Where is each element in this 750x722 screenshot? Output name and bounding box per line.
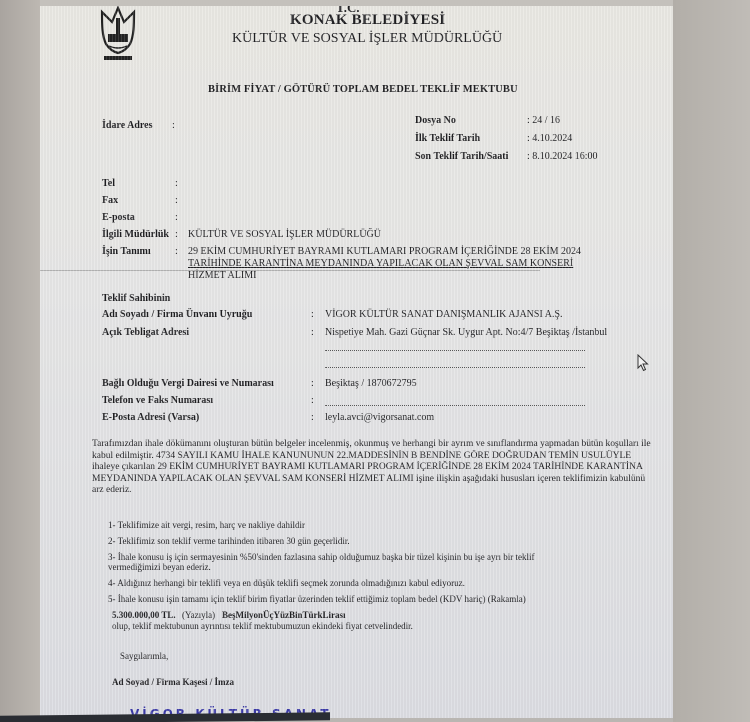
tax-office-value: Beşiktaş / 1870672795	[325, 378, 417, 389]
colon: :	[311, 378, 314, 389]
job-description-label: İşin Tanımı	[102, 246, 151, 257]
background-surface-right	[673, 0, 750, 722]
address-value: Nispetiye Mah. Gazi Güçnar Sk. Uygur Apt…	[325, 327, 607, 338]
colon: :	[311, 412, 314, 423]
first-offer-date-label: İlk Teklif Tarih	[415, 133, 480, 144]
declaration-paragraph: Tarafımızdan ihale dökümanını oluşturan …	[92, 439, 654, 497]
term-1: 1- Teklifimize ait vergi, resim, harç ve…	[108, 520, 305, 530]
total-amount: 5.300.000,00 TL.	[112, 610, 176, 620]
tax-office-label: Bağlı Olduğu Vergi Dairesi ve Numarası	[102, 378, 274, 389]
colon: :	[175, 229, 178, 240]
first-offer-date-value: : 4.10.2024	[527, 133, 572, 144]
tel-label: Tel	[102, 178, 115, 189]
bidder-name-value: VİGOR KÜLTÜR SANAT DANIŞMANLIK AJANSI A.…	[325, 309, 563, 320]
colon: :	[311, 309, 314, 320]
document-page: T.C. KONAK BELEDİYESİ KÜLTÜR VE SOSYAL İ…	[40, 6, 673, 718]
colon: :	[175, 246, 178, 257]
related-directorate-value: KÜLTÜR VE SOSYAL İŞLER MÜDÜRLÜĞÜ	[188, 229, 381, 240]
colon: :	[172, 120, 175, 131]
organization-name: KONAK BELEDİYESİ	[290, 12, 445, 29]
job-description-line-2: TARİHİNDE KARANTİNA MEYDANINDA YAPILACAK…	[188, 258, 573, 269]
term-5: 5- İhale konusu işin tamamı için teklif …	[108, 594, 526, 604]
municipality-logo-icon	[98, 6, 138, 62]
regards-text: Saygılarımla,	[120, 651, 168, 661]
colon: :	[311, 395, 314, 406]
mouse-cursor-icon	[637, 354, 649, 372]
total-suffix: olup, teklif mektubunun ayrıntısı teklif…	[112, 621, 413, 631]
bidder-name-label: Adı Soyadı / Firma Ünvanı Uyruğu	[102, 309, 252, 320]
job-description-line-1: 29 EKİM CUMHURİYET BAYRAMI KUTLAMARI PRO…	[188, 246, 581, 257]
address-label: Açık Tebligat Adresi	[102, 327, 189, 338]
term-3-cont: vermediğimizi beyan ederiz.	[108, 562, 211, 572]
colon: :	[175, 212, 178, 223]
phone-fax-label: Telefon ve Faks Numarası	[102, 395, 213, 406]
total-in-words: BeşMilyonÜçYüzBinTürkLirası	[222, 610, 346, 620]
blank-line	[325, 350, 585, 351]
document-title: BİRİM FİYAT / GÖTÜRÜ TOPLAM BEDEL TEKLİF…	[208, 84, 518, 95]
phone-fax-blank-line	[325, 405, 585, 406]
fax-label: Fax	[102, 195, 118, 206]
colon: :	[175, 178, 178, 189]
admin-address-label: İdare Adres	[102, 120, 152, 131]
term-3: 3- İhale konusu iş için sermayesinin %50…	[108, 552, 535, 562]
email-label: E-posta	[102, 212, 135, 223]
divider	[40, 270, 540, 271]
last-offer-date-label: Son Teklif Tarih/Saati	[415, 151, 508, 162]
job-description-line-3: HİZMET ALIMI	[188, 270, 256, 281]
total-in-words-label: (Yazıyla)	[182, 610, 215, 620]
background-surface-left	[0, 0, 40, 722]
blank-line	[325, 367, 585, 368]
email-address-value: leyla.avci@vigorsanat.com	[325, 412, 434, 423]
term-2: 2- Teklifimiz son teklif verme tarihinde…	[108, 536, 350, 546]
colon: :	[175, 195, 178, 206]
term-4: 4- Aldığınız herhangi bir teklifi veya e…	[108, 578, 465, 588]
file-no-label: Dosya No	[415, 115, 456, 126]
related-directorate-label: İlgili Müdürlük	[102, 229, 169, 240]
last-offer-date-value: : 8.10.2024 16:00	[527, 151, 598, 162]
email-address-label: E-Posta Adresi (Varsa)	[102, 412, 199, 423]
department-name: KÜLTÜR VE SOSYAL İŞLER MÜDÜRLÜĞÜ	[232, 31, 502, 47]
file-no-value: : 24 / 16	[527, 115, 560, 126]
bidder-section-title: Teklif Sahibinin	[102, 293, 170, 304]
colon: :	[311, 327, 314, 338]
signature-label: Ad Soyad / Firma Kaşesi / İmza	[112, 677, 234, 687]
